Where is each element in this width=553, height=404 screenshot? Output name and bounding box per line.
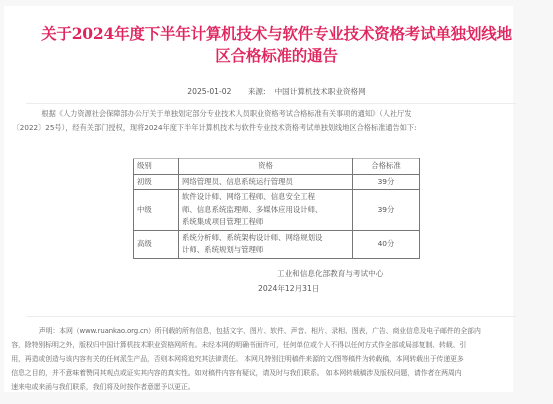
divider-top [26,103,516,104]
qualification-line: 网络管理员、信息系统运行管理员 [182,176,349,189]
article-meta: 2025-01-02 来源:中国计算机技术职业资格网 [0,86,553,97]
publish-date: 2025-01-02 [187,87,231,96]
intro-line-2: 〔2022〕25号），经有关部门授权，现将2024年度下半年计算机技术与软件专业… [13,123,417,132]
title-line-2: 区合格标准的通告 [0,45,553,67]
row-qualifications: 网络管理员、信息系统运行管理员 [179,174,353,190]
row-qualifications: 软件设计师、网络工程师、信息安全工程 师、信息系统监理师、多媒体应用设计师、 系… [179,190,353,231]
row-score: 39分 [353,174,420,190]
header-score: 合格标准 [353,159,420,175]
declaration-line: 速来电或来函与我们联系，我们将及时按作者意愿予以更正。 [11,383,194,391]
table-row: 中级 软件设计师、网络工程师、信息安全工程 师、信息系统监理师、多媒体应用设计师… [134,190,420,231]
article-title: 关于2024年度下半年计算机技术与软件专业技术资格考试单独划线地 区合格标准的通… [0,23,553,67]
declaration-line: 容，除特别标明之外，版权归中国计算机技术职业资格网所有。未经本网的明确书面许可，… [11,341,466,349]
source-label: 来源: [248,87,266,96]
qualification-line: 师、信息系统监理师、多媒体应用设计师、 [182,204,349,217]
qualification-line: 计师、系统规划与管理师 [182,244,349,257]
intro-line-1: 根据《人力资源社会保障部办公厅关于单独划定部分专业技术人员职业资格考试合格标准有… [41,109,411,118]
copyright-declaration: 声明：本网（www.ruankao.org.cn）所刊载的所有信息，包括文字、图… [25,324,519,394]
divider-bottom [26,316,516,317]
table-row: 高级 系统分析师、系统架构设计师、网络规划设 计师、系统规划与管理师 40分 [134,230,420,258]
declaration-line: 信息之目的，并不意味着赞同其观点或证实其内容的真实性。如对稿件内容有疑议，请及时… [11,369,461,377]
header-level: 级别 [134,159,179,175]
signature-date: 2024年12月31日 [258,283,319,294]
source-name: 中国计算机技术职业资格网 [275,87,366,96]
row-score: 40分 [353,230,420,258]
table-row: 初级 网络管理员、信息系统运行管理员 39分 [134,174,420,190]
declaration-line: 用，再造或创造与该内容有关的任何派生产品，否则本网将追究其法律责任。 本网凡特别… [11,355,464,363]
row-level: 高级 [134,230,179,258]
row-qualifications: 系统分析师、系统架构设计师、网络规划设 计师、系统规划与管理师 [179,230,353,258]
table-header-row: 级别 资格 合格标准 [134,159,420,175]
qualification-line: 系统分析师、系统架构设计师、网络规划设 [182,232,349,245]
row-level: 初级 [134,174,179,190]
intro-paragraph: 根据《人力资源社会保障部办公厅关于单独划定部分专业技术人员职业资格考试合格标准有… [27,107,517,135]
row-level: 中级 [134,190,179,231]
qualification-line: 系统集成项目管理工程师 [182,216,349,229]
title-line-1: 关于2024年度下半年计算机技术与软件专业技术资格考试单独划线地 [0,23,553,45]
row-score: 39分 [353,190,420,231]
qualification-line: 软件设计师、网络工程师、信息安全工程 [182,191,349,204]
declaration-line: 声明：本网（www.ruankao.org.cn）所刊载的所有信息，包括文字、图… [39,327,481,335]
signature-org: 工业和信息化部教育与考试中心 [277,268,383,279]
header-qualification: 资格 [179,159,353,175]
passing-standard-table: 级别 资格 合格标准 初级 网络管理员、信息系统运行管理员 39分 中级 软件设… [133,158,420,259]
